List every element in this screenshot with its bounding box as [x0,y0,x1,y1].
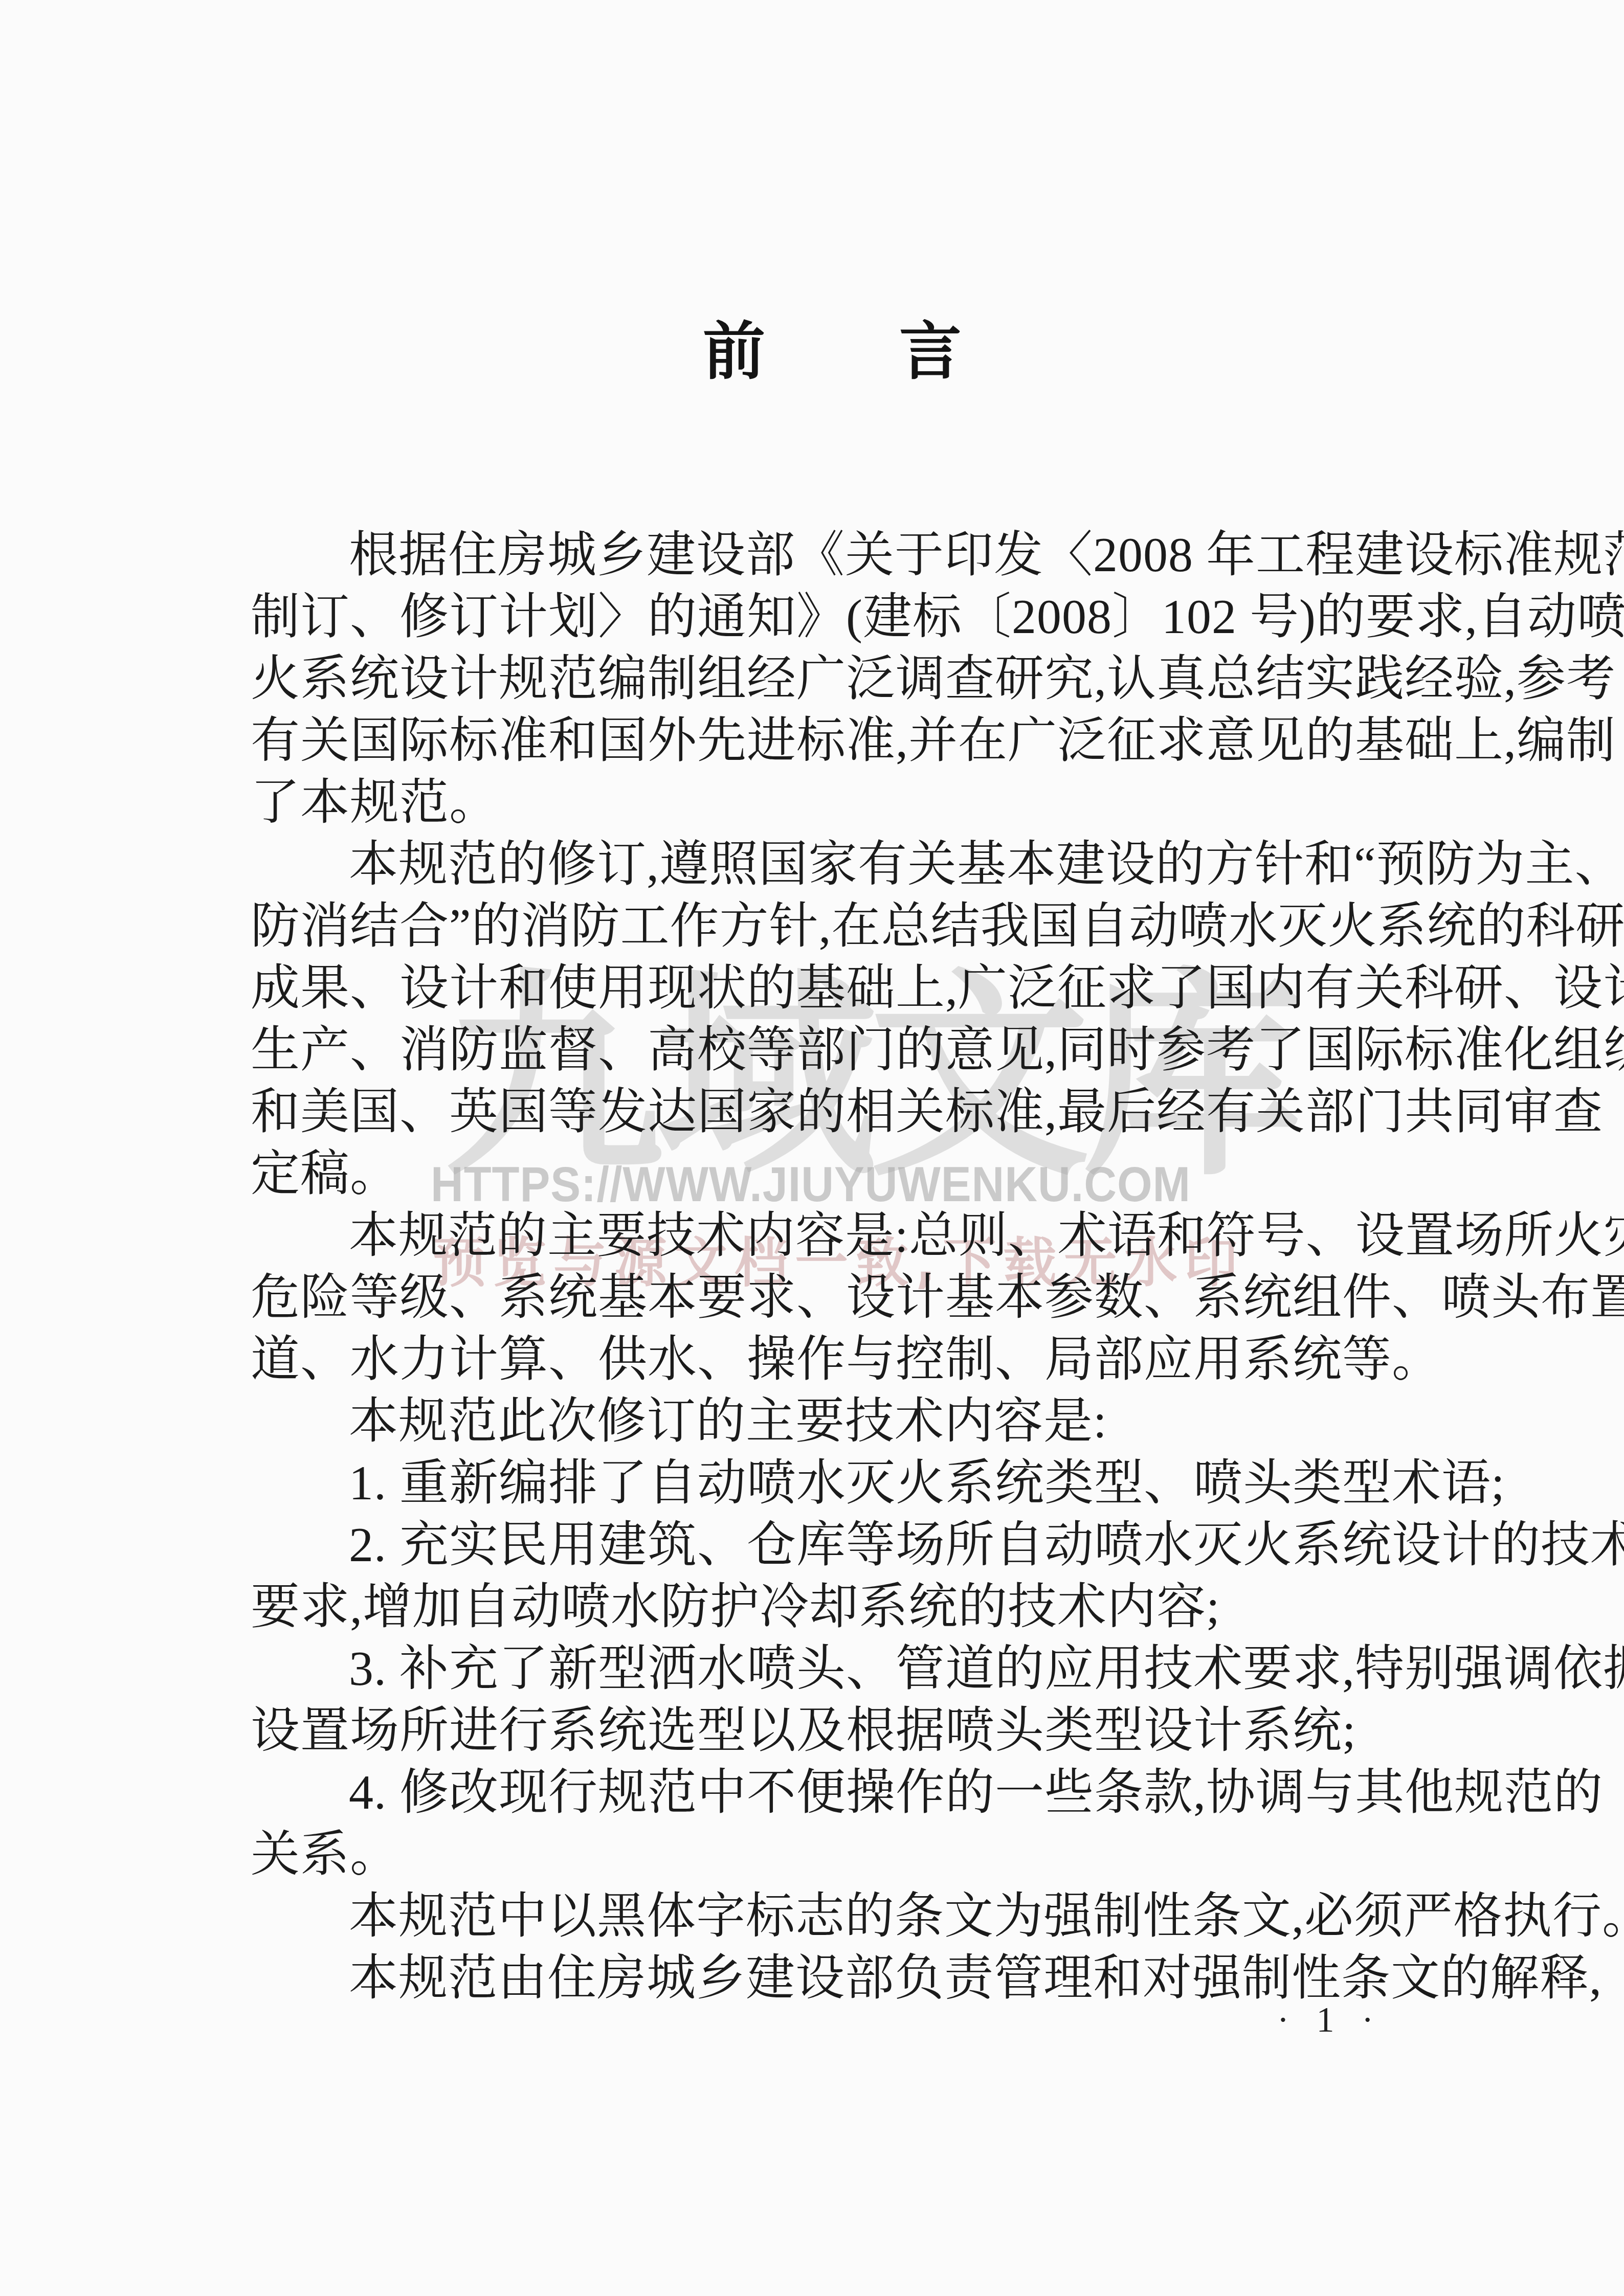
body-line: 有关国际标准和国外先进标准,并在广泛征求意见的基础上,编制 [251,709,1437,771]
body-line: 关系。 [251,1823,1437,1885]
body-line: 道、水力计算、供水、操作与控制、局部应用系统等。 [251,1328,1437,1390]
body-line: 和美国、英国等发达国家的相关标准,最后经有关部门共同审查 [251,1081,1437,1142]
body-line: 根据住房城乡建设部《关于印发〈2008 年工程建设标准规范 [251,524,1536,586]
body-line: 防消结合”的消防工作方针,在总结我国自动喷水灭火系统的科研 [251,895,1437,957]
body-line: 本规范中以黑体字标志的条文为强制性条文,必须严格执行。 [251,1885,1536,1947]
body-line: 制订、修订计划〉的通知》(建标〔2008〕102 号)的要求,自动喷水灭 [251,586,1437,647]
body-line: 本规范的修订,遵照国家有关基本建设的方针和“预防为主、 [251,833,1536,895]
body-line: 设置场所进行系统选型以及根据喷头类型设计系统; [251,1699,1437,1761]
body-line: 1. 重新编排了自动喷水灭火系统类型、喷头类型术语; [251,1452,1536,1514]
body-line: 2. 充实民用建筑、仓库等场所自动喷水灭火系统设计的技术 [251,1514,1536,1575]
document-page: 九域文库 HTTPS://WWW.JIUYUWENKU.COM 预览与源文档一致… [0,0,1624,2296]
body-line: 本规范的主要技术内容是:总则、术语和符号、设置场所火灾 [251,1204,1536,1266]
page-title: 前 言 [251,313,1417,390]
body-line: 危险等级、系统基本要求、设计基本参数、系统组件、喷头布置、管 [251,1266,1437,1328]
body-line: 火系统设计规范编制组经广泛调查研究,认真总结实践经验,参考 [251,647,1437,709]
body-line: 要求,增加自动喷水防护冷却系统的技术内容; [251,1575,1437,1637]
page-number: · 1 · [1243,1998,1417,2042]
body-line: 了本规范。 [251,771,1437,833]
body-line: 定稿。 [251,1142,1437,1204]
body-line: 成果、设计和使用现状的基础上,广泛征求了国内有关科研、设计、 [251,957,1437,1019]
body-line: 4. 修改现行规范中不便操作的一些条款,协调与其他规范的 [251,1761,1536,1823]
body-line: 生产、消防监督、高校等部门的意见,同时参考了国际标准化组织 [251,1019,1437,1081]
body-line: 3. 补充了新型洒水喷头、管道的应用技术要求,特别强调依据 [251,1637,1536,1699]
body-line: 本规范此次修订的主要技术内容是: [251,1390,1536,1452]
